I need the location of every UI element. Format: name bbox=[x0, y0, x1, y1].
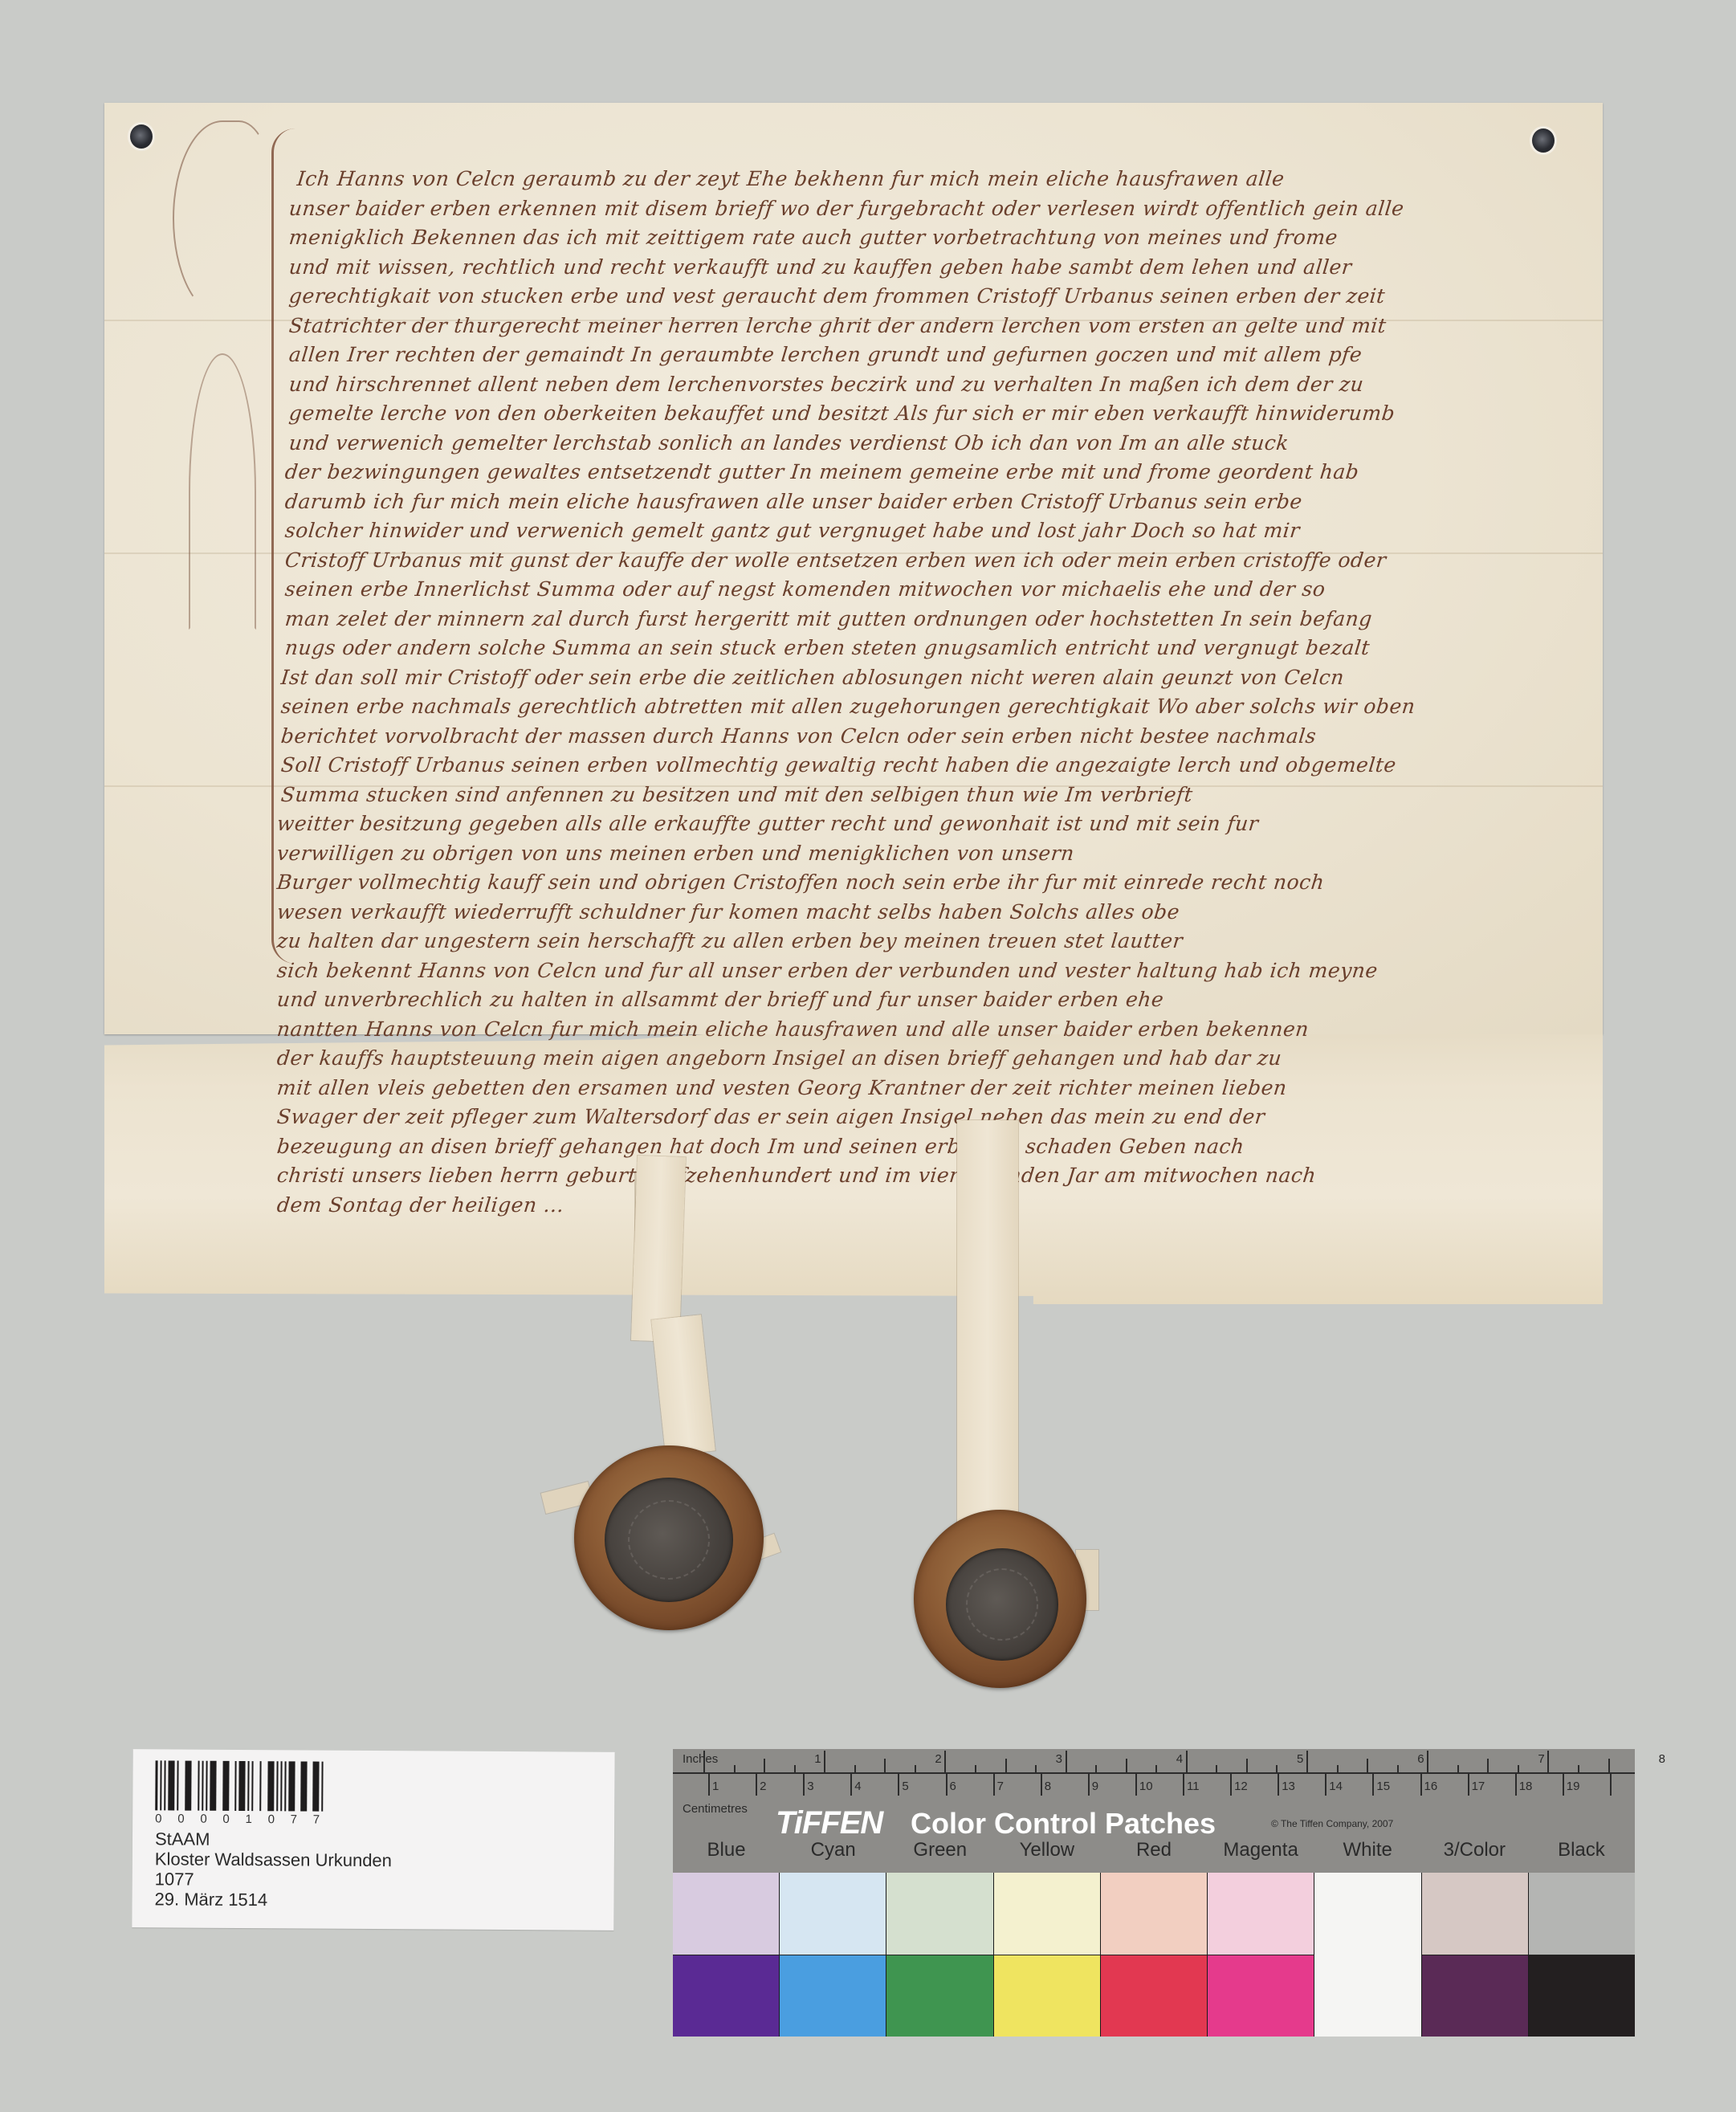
barcode-digit: 1 bbox=[245, 1812, 251, 1826]
text-line: berichtet vorvolbracht der massen durch … bbox=[271, 722, 1591, 752]
inch-tick bbox=[1578, 1765, 1579, 1773]
cm-mark-label: 7 bbox=[997, 1780, 1004, 1793]
cm-mark-label: 17 bbox=[1472, 1780, 1485, 1793]
ruler-baseline bbox=[673, 1772, 1635, 1774]
patch-column-3color bbox=[1421, 1873, 1528, 2037]
cm-tick bbox=[1278, 1773, 1279, 1796]
text-line: Swager der zeit pfleger zum Waltersdorf … bbox=[271, 1103, 1591, 1132]
inch-mark-label: 5 bbox=[1297, 1752, 1303, 1766]
cm-mark-label: 12 bbox=[1234, 1780, 1248, 1793]
text-line: allen Irer rechten der gemaindt In gerau… bbox=[271, 340, 1591, 370]
inch-tick bbox=[1547, 1751, 1549, 1773]
inch-mark-label: 7 bbox=[1538, 1752, 1544, 1766]
color-control-chart: Inches 12345678 123456789101112131415161… bbox=[673, 1749, 1635, 2037]
initial-flourish bbox=[173, 120, 272, 316]
cm-mark-label: 2 bbox=[760, 1780, 766, 1793]
patch-saturated bbox=[1529, 1955, 1635, 2037]
text-line: Ich Hanns von Celcn geraumb zu der zeyt … bbox=[271, 165, 1591, 194]
patch-saturated bbox=[1101, 1955, 1207, 2037]
inch-tick bbox=[1005, 1759, 1007, 1773]
text-line: Cristoff Urbanus mit gunst der kauffe de… bbox=[271, 546, 1591, 576]
cm-tick bbox=[1183, 1773, 1184, 1796]
patch-column-magenta bbox=[1207, 1873, 1314, 2037]
patch-tint bbox=[1422, 1873, 1528, 1955]
patch-saturated bbox=[1208, 1955, 1314, 2037]
inch-mark-label: 6 bbox=[1417, 1752, 1424, 1766]
patch-column-cyan bbox=[779, 1873, 886, 2037]
pin-hole-right-icon bbox=[1532, 128, 1555, 153]
text-line: darumb ich fur mich mein eliche hausfraw… bbox=[271, 487, 1591, 517]
inch-tick bbox=[1186, 1751, 1188, 1773]
patch-column-yellow bbox=[993, 1873, 1100, 2037]
pin-hole-left-icon bbox=[130, 124, 153, 149]
ruler-centimetres-label: Centimetres bbox=[683, 1802, 748, 1816]
cm-tick bbox=[1610, 1773, 1612, 1796]
text-line: zu halten dar ungestern sein herschafft … bbox=[271, 927, 1591, 956]
inch-tick bbox=[915, 1765, 916, 1773]
inch-tick bbox=[1246, 1759, 1248, 1773]
text-line: unser baider erben erkennen mit disem br… bbox=[271, 194, 1591, 224]
inch-tick bbox=[1487, 1759, 1489, 1773]
cm-mark-label: 13 bbox=[1282, 1780, 1295, 1793]
seal-strap-1-loop bbox=[651, 1315, 715, 1456]
cm-tick bbox=[1135, 1773, 1137, 1796]
patch-tint bbox=[1529, 1873, 1635, 1955]
patch-saturated bbox=[1314, 1955, 1420, 2037]
patch-name-yellow: Yellow bbox=[993, 1839, 1100, 1871]
cm-tick bbox=[1041, 1773, 1042, 1796]
patch-column-blue bbox=[673, 1873, 779, 2037]
barcode-digit: 0 bbox=[268, 1812, 275, 1826]
cm-tick bbox=[1325, 1773, 1326, 1796]
inch-tick bbox=[703, 1751, 705, 1773]
patch-saturated bbox=[673, 1955, 779, 2037]
text-line: Ist dan soll mir Cristoff oder sein erbe… bbox=[271, 663, 1591, 693]
text-line: bezeugung an disen brieff gehangen hat d… bbox=[271, 1132, 1591, 1162]
cm-tick bbox=[1230, 1773, 1232, 1796]
cm-mark-label: 8 bbox=[1045, 1780, 1051, 1793]
barcode-digit: 7 bbox=[313, 1813, 320, 1827]
cm-tick bbox=[1420, 1773, 1422, 1796]
barcode-digit: 0 bbox=[155, 1812, 161, 1825]
inch-tick bbox=[764, 1759, 765, 1773]
text-line: und mit wissen, rechtlich und recht verk… bbox=[271, 253, 1591, 283]
patch-tint bbox=[1314, 1873, 1420, 1955]
patch-tint bbox=[994, 1873, 1100, 1955]
inch-mark-label: 2 bbox=[935, 1752, 941, 1766]
seal-strap-1 bbox=[631, 1156, 686, 1342]
inch-tick bbox=[1035, 1765, 1037, 1773]
patch-saturated bbox=[1422, 1955, 1528, 2037]
inch-tick bbox=[824, 1751, 825, 1773]
text-line: Burger vollmechtig kauff sein und obrige… bbox=[271, 868, 1591, 898]
barcode-digit: 0 bbox=[177, 1812, 184, 1826]
text-line: gerechtigkait von stucken erbe und vest … bbox=[271, 282, 1591, 312]
patch-column-red bbox=[1100, 1873, 1207, 2037]
inch-tick bbox=[1306, 1751, 1308, 1773]
patch-name-green: Green bbox=[886, 1839, 993, 1871]
inch-mark-label: 1 bbox=[814, 1752, 821, 1766]
text-line: nantten Hanns von Celcn fur mich mein el… bbox=[271, 1015, 1591, 1045]
inch-tick bbox=[884, 1759, 886, 1773]
cm-tick bbox=[898, 1773, 899, 1796]
barcode-icon bbox=[155, 1760, 325, 1811]
inch-tick bbox=[944, 1751, 946, 1773]
cm-tick bbox=[946, 1773, 947, 1796]
text-line: weitter besitzung gegeben alls alle erka… bbox=[271, 809, 1591, 839]
patch-tint bbox=[1101, 1873, 1207, 1955]
inch-tick bbox=[1337, 1765, 1339, 1773]
inch-tick bbox=[794, 1765, 796, 1773]
inch-mark-label: 4 bbox=[1176, 1752, 1183, 1766]
patch-name-magenta: Magenta bbox=[1208, 1839, 1314, 1871]
cm-mark-label: 5 bbox=[902, 1780, 908, 1793]
archive-label: 0 0 0 0 1 0 7 7 StAAM Kloster Waldsassen… bbox=[132, 1749, 614, 1931]
seal-strap-2 bbox=[957, 1120, 1018, 1522]
inch-tick bbox=[854, 1765, 856, 1773]
wax-seal-2 bbox=[914, 1510, 1086, 1688]
ruler: Inches 12345678 123456789101112131415161… bbox=[673, 1749, 1635, 1799]
tiffen-logo: TiFFEN bbox=[776, 1805, 882, 1841]
patch-name-black: Black bbox=[1528, 1839, 1635, 1871]
cm-mark-label: 16 bbox=[1424, 1780, 1438, 1793]
patch-name-red: Red bbox=[1100, 1839, 1207, 1871]
text-line: nugs oder andern solche Summa an sein st… bbox=[271, 634, 1591, 663]
text-line: solcher hinwider und verwenich gemelt ga… bbox=[271, 516, 1591, 546]
patch-tint bbox=[886, 1873, 992, 1955]
inch-tick bbox=[734, 1765, 736, 1773]
collection-name: Kloster Waldsassen Urkunden bbox=[155, 1849, 392, 1870]
text-line: sich bekennt Hanns von Celcn und fur all… bbox=[271, 956, 1591, 986]
cm-tick bbox=[803, 1773, 805, 1796]
patch-names-row: Blue Cyan Green Yellow Red Magenta White… bbox=[673, 1839, 1635, 1871]
inch-tick bbox=[1066, 1751, 1067, 1773]
patch-tint bbox=[673, 1873, 779, 1955]
text-line: seinen erbe nachmals gerechtlich abtrett… bbox=[271, 692, 1591, 722]
patch-name-cyan: Cyan bbox=[780, 1839, 886, 1871]
patch-column-black bbox=[1528, 1873, 1635, 2037]
inch-tick bbox=[1457, 1765, 1459, 1773]
inch-tick bbox=[1276, 1765, 1278, 1773]
seal-impression-1-icon bbox=[605, 1478, 733, 1602]
inch-tick bbox=[1397, 1765, 1399, 1773]
cm-tick bbox=[1468, 1773, 1469, 1796]
archive-name: StAAM bbox=[155, 1829, 210, 1849]
inch-mark-label: 3 bbox=[1056, 1752, 1062, 1766]
inch-tick bbox=[1126, 1759, 1127, 1773]
document-date: 29. März 1514 bbox=[154, 1890, 267, 1910]
cm-mark-label: 19 bbox=[1567, 1780, 1580, 1793]
patch-name-blue: Blue bbox=[673, 1839, 780, 1871]
wax-seal-1 bbox=[574, 1445, 764, 1630]
barcode-digit: 7 bbox=[291, 1812, 297, 1826]
barcode-digit: 0 bbox=[222, 1812, 229, 1826]
text-line: Statrichter der thurgerecht meiner herre… bbox=[271, 312, 1591, 341]
text-line: und unverbrechlich zu halten in allsammt… bbox=[271, 985, 1591, 1015]
patch-name-white: White bbox=[1314, 1839, 1421, 1871]
text-line: dem Sontag der heiligen ... bbox=[271, 1191, 1591, 1221]
text-line: Summa stucken sind anfennen zu besitzen … bbox=[271, 781, 1591, 810]
inch-tick bbox=[975, 1765, 976, 1773]
color-patches bbox=[673, 1873, 1635, 2037]
text-line: und verwenich gemelter lerchstab sonlich… bbox=[271, 429, 1591, 459]
cm-mark-label: 11 bbox=[1187, 1780, 1200, 1793]
cm-tick bbox=[1372, 1773, 1374, 1796]
chart-title: Color Control Patches bbox=[911, 1807, 1216, 1841]
cm-tick bbox=[1515, 1773, 1517, 1796]
inch-mark-label: 8 bbox=[1659, 1752, 1665, 1766]
patch-tint bbox=[1208, 1873, 1314, 1955]
inch-tick bbox=[1155, 1765, 1157, 1773]
text-line: man zelet der minnern zal durch furst he… bbox=[271, 605, 1591, 634]
patch-name-3color: 3/Color bbox=[1421, 1839, 1528, 1871]
cm-tick bbox=[756, 1773, 757, 1796]
text-line: seinen erbe Innerlichst Summa oder auf n… bbox=[271, 575, 1591, 605]
cm-tick bbox=[850, 1773, 852, 1796]
barcode-digits: 0 0 0 0 1 0 7 7 bbox=[155, 1812, 320, 1826]
text-line: wesen verkaufft wiederrufft schuldner fu… bbox=[271, 898, 1591, 928]
barcode-digit: 0 bbox=[200, 1812, 206, 1826]
document-number: 1077 bbox=[155, 1869, 194, 1889]
cm-tick bbox=[1088, 1773, 1090, 1796]
patch-column-white bbox=[1314, 1873, 1420, 2037]
cm-mark-label: 18 bbox=[1519, 1780, 1533, 1793]
inch-tick bbox=[1608, 1759, 1610, 1773]
cm-mark-label: 3 bbox=[807, 1780, 813, 1793]
cm-tick bbox=[1563, 1773, 1564, 1796]
text-line: und hirschrennet allent neben dem lerche… bbox=[271, 370, 1591, 400]
inch-tick bbox=[1216, 1765, 1217, 1773]
text-line: der kauffs hauptsteuung mein aigen angeb… bbox=[271, 1044, 1591, 1074]
cm-mark-label: 10 bbox=[1139, 1780, 1153, 1793]
patch-tint bbox=[780, 1873, 886, 1955]
cm-mark-label: 4 bbox=[854, 1780, 861, 1793]
text-line: christi unsers lieben herrn geburt funfz… bbox=[271, 1161, 1591, 1191]
inch-tick bbox=[1095, 1765, 1097, 1773]
seal-impression-2-icon bbox=[946, 1548, 1058, 1661]
cm-mark-label: 1 bbox=[712, 1780, 719, 1793]
cm-tick bbox=[708, 1773, 710, 1796]
patch-saturated bbox=[994, 1955, 1100, 2037]
patch-saturated bbox=[780, 1955, 886, 2037]
cm-mark-label: 9 bbox=[1092, 1780, 1098, 1793]
inch-tick bbox=[1367, 1759, 1368, 1773]
inch-tick bbox=[1427, 1751, 1428, 1773]
text-line: mit allen vleis gebetten den ersamen und… bbox=[271, 1074, 1591, 1103]
text-line: verwilligen zu obrigen von uns meinen er… bbox=[271, 839, 1591, 869]
ruler-inches-label: Inches bbox=[683, 1752, 718, 1766]
charter-text: Ich Hanns von Celcn geraumb zu der zeyt … bbox=[273, 165, 1590, 1220]
chart-copyright: © The Tiffen Company, 2007 bbox=[1271, 1818, 1393, 1829]
text-line: der bezwingungen gewaltes entsetzendt gu… bbox=[271, 458, 1591, 487]
patch-column-green bbox=[886, 1873, 992, 2037]
text-line: gemelte lerche von den oberkeiten bekauf… bbox=[271, 399, 1591, 429]
cm-mark-label: 14 bbox=[1329, 1780, 1343, 1793]
initial-flourish bbox=[189, 353, 256, 630]
inch-tick bbox=[1518, 1765, 1519, 1773]
cm-mark-label: 6 bbox=[950, 1780, 956, 1793]
text-line: Soll Cristoff Urbanus seinen erben vollm… bbox=[271, 751, 1591, 781]
text-line: menigklich Bekennen das ich mit zeittige… bbox=[271, 223, 1591, 253]
cm-mark-label: 15 bbox=[1376, 1780, 1390, 1793]
patch-saturated bbox=[886, 1955, 992, 2037]
cm-tick bbox=[993, 1773, 995, 1796]
